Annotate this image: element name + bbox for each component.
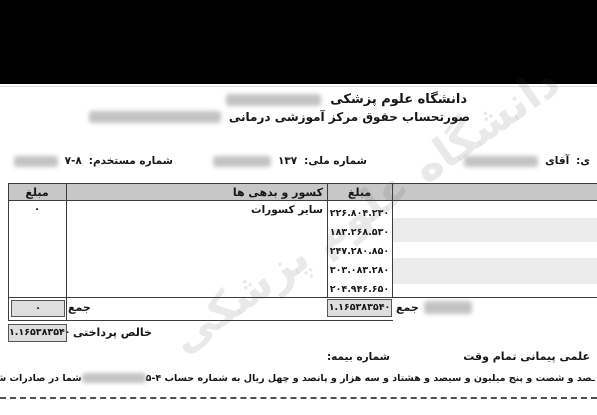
employment-type-text: علمی پیمانی تمام وقت xyxy=(463,350,590,363)
earnings-row-redaction xyxy=(393,218,597,242)
earnings-amount-cell: ۱۸۳.۲۶۸.۵۳۰ xyxy=(327,223,392,242)
scan-smudge xyxy=(424,301,472,314)
net-payment-box: ۱.۱۶۵۳۸۳۵۴۰ xyxy=(8,324,67,342)
top-black-bar xyxy=(0,0,597,84)
university-name-redaction xyxy=(226,94,321,106)
amount-in-words-left: شما در صادرات شعبه مرکزی(سپهرکارت) واریز… xyxy=(0,373,82,384)
amount-in-words-right: ـصد و شصت و پنج میلیون و سیصد و هشتاد و … xyxy=(146,373,595,384)
earnings-amount-cell: ۳۰۳.۰۸۳.۲۸۰ xyxy=(327,261,392,280)
deductions-sum-box: ۰ xyxy=(11,300,65,317)
net-payment-label: خالص پرداختی xyxy=(73,326,152,339)
table-border xyxy=(66,183,67,321)
national-id-visible-digits: ۱۳۷ xyxy=(278,155,297,167)
name-label-cut: ی: xyxy=(576,155,590,167)
earnings-amount-cell: ۲۴۷.۲۸۰.۸۵۰ xyxy=(327,242,392,261)
column-header-amount-left: مبلغ xyxy=(8,186,66,199)
account-number-redaction xyxy=(82,373,146,383)
earnings-amount-cell: ۲۲۶.۸۰۴.۲۳۰ xyxy=(327,204,392,223)
header-line2: صورتحساب حقوق مرکز آموزشی درمانی xyxy=(89,110,470,124)
earnings-sum-box: ۱.۱۶۵۳۸۳۵۴۰ xyxy=(327,299,392,317)
deductions-sum-label: جمع xyxy=(68,301,91,314)
payslip-title: صورتحساب حقوق مرکز آموزشی درمانی xyxy=(229,110,470,124)
national-id-group: شماره ملی: ۱۳۷ xyxy=(213,155,367,167)
employee-number-group: شماره مستخدم: ۷-۸ xyxy=(14,155,173,167)
center-name-redaction xyxy=(89,111,221,123)
employee-name-redaction xyxy=(464,156,538,167)
table-border xyxy=(327,183,328,298)
national-id-redaction xyxy=(213,156,271,167)
header-line1: دانشگاه علوم پزشکی xyxy=(226,92,467,107)
insurance-number-label: شماره بیمه: xyxy=(327,351,390,363)
earnings-sum-label: جمع xyxy=(396,301,419,314)
mr-title: آقای xyxy=(545,155,569,167)
cut-dashed-line xyxy=(0,397,597,399)
document-top-edge xyxy=(0,86,597,87)
table-border xyxy=(8,183,9,321)
column-header-deductions: کسور و بدهی ها xyxy=(66,186,323,199)
amount-in-words-line: ـصد و شصت و پنج میلیون و سیصد و هشتاد و … xyxy=(0,370,595,386)
university-title: دانشگاه علوم پزشکی xyxy=(330,92,467,107)
column-header-amount-middle: مبلغ xyxy=(327,186,392,199)
employee-number-label: شماره مستخدم: xyxy=(89,155,173,167)
payslip-scan: دانشگاه علوم پزشکی دانشگاه علوم پزشکی صو… xyxy=(0,0,597,415)
employee-name-group: ی: آقای xyxy=(464,155,590,167)
deduction-amount-cell: ۰ xyxy=(8,204,66,215)
employee-number-visible-digits: ۷-۸ xyxy=(65,155,82,167)
table-border xyxy=(392,183,393,298)
deduction-item-label: سایر کسورات xyxy=(66,204,323,216)
employee-number-redaction xyxy=(14,156,58,167)
table-border xyxy=(8,297,597,298)
national-id-label: شماره ملی: xyxy=(304,155,367,167)
table-border xyxy=(8,320,393,321)
earnings-row-redaction xyxy=(393,258,597,284)
